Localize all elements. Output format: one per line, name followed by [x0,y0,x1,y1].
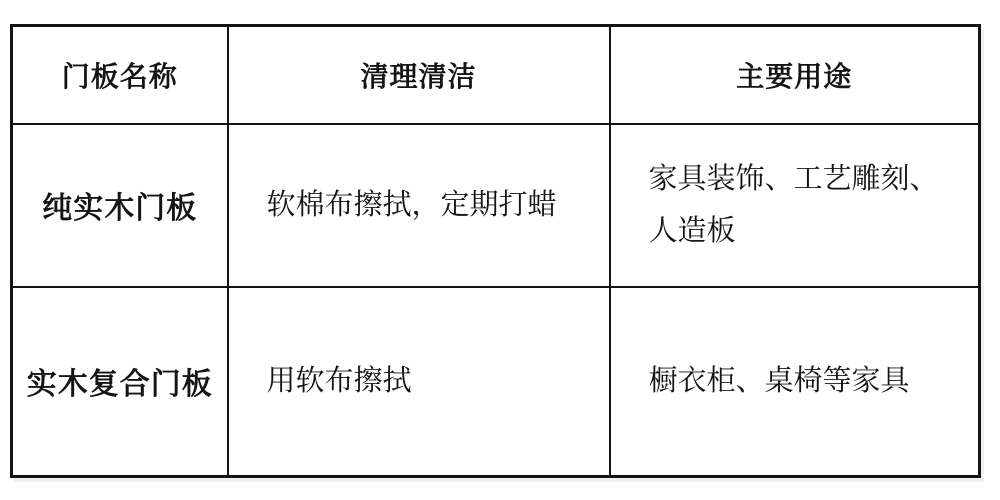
header-cell-usage: 主要用途 [610,26,980,124]
table-row: 实木复合门板 用软布擦拭 橱衣柜、桌椅等家具 [12,287,980,477]
cell-cleaning: 软棉布擦拭，定期打蜡 [228,124,610,287]
table-row: 纯实木门板 软棉布擦拭，定期打蜡 家具装饰、工艺雕刻、人造板 [12,124,980,287]
cell-usage: 家具装饰、工艺雕刻、人造板 [610,124,980,287]
page: 门板名称 清理清洁 主要用途 纯实木门板 软棉布擦拭，定期打蜡 家具装饰、工艺雕… [0,0,1000,500]
cell-usage: 橱衣柜、桌椅等家具 [610,287,980,477]
table-header-row: 门板名称 清理清洁 主要用途 [12,26,980,124]
door-panel-table: 门板名称 清理清洁 主要用途 纯实木门板 软棉布擦拭，定期打蜡 家具装饰、工艺雕… [10,24,981,478]
cell-cleaning: 用软布擦拭 [228,287,610,477]
cell-panel-name: 实木复合门板 [12,287,228,477]
header-cell-panel-name: 门板名称 [12,26,228,124]
header-cell-cleaning: 清理清洁 [228,26,610,124]
cell-panel-name: 纯实木门板 [12,124,228,287]
